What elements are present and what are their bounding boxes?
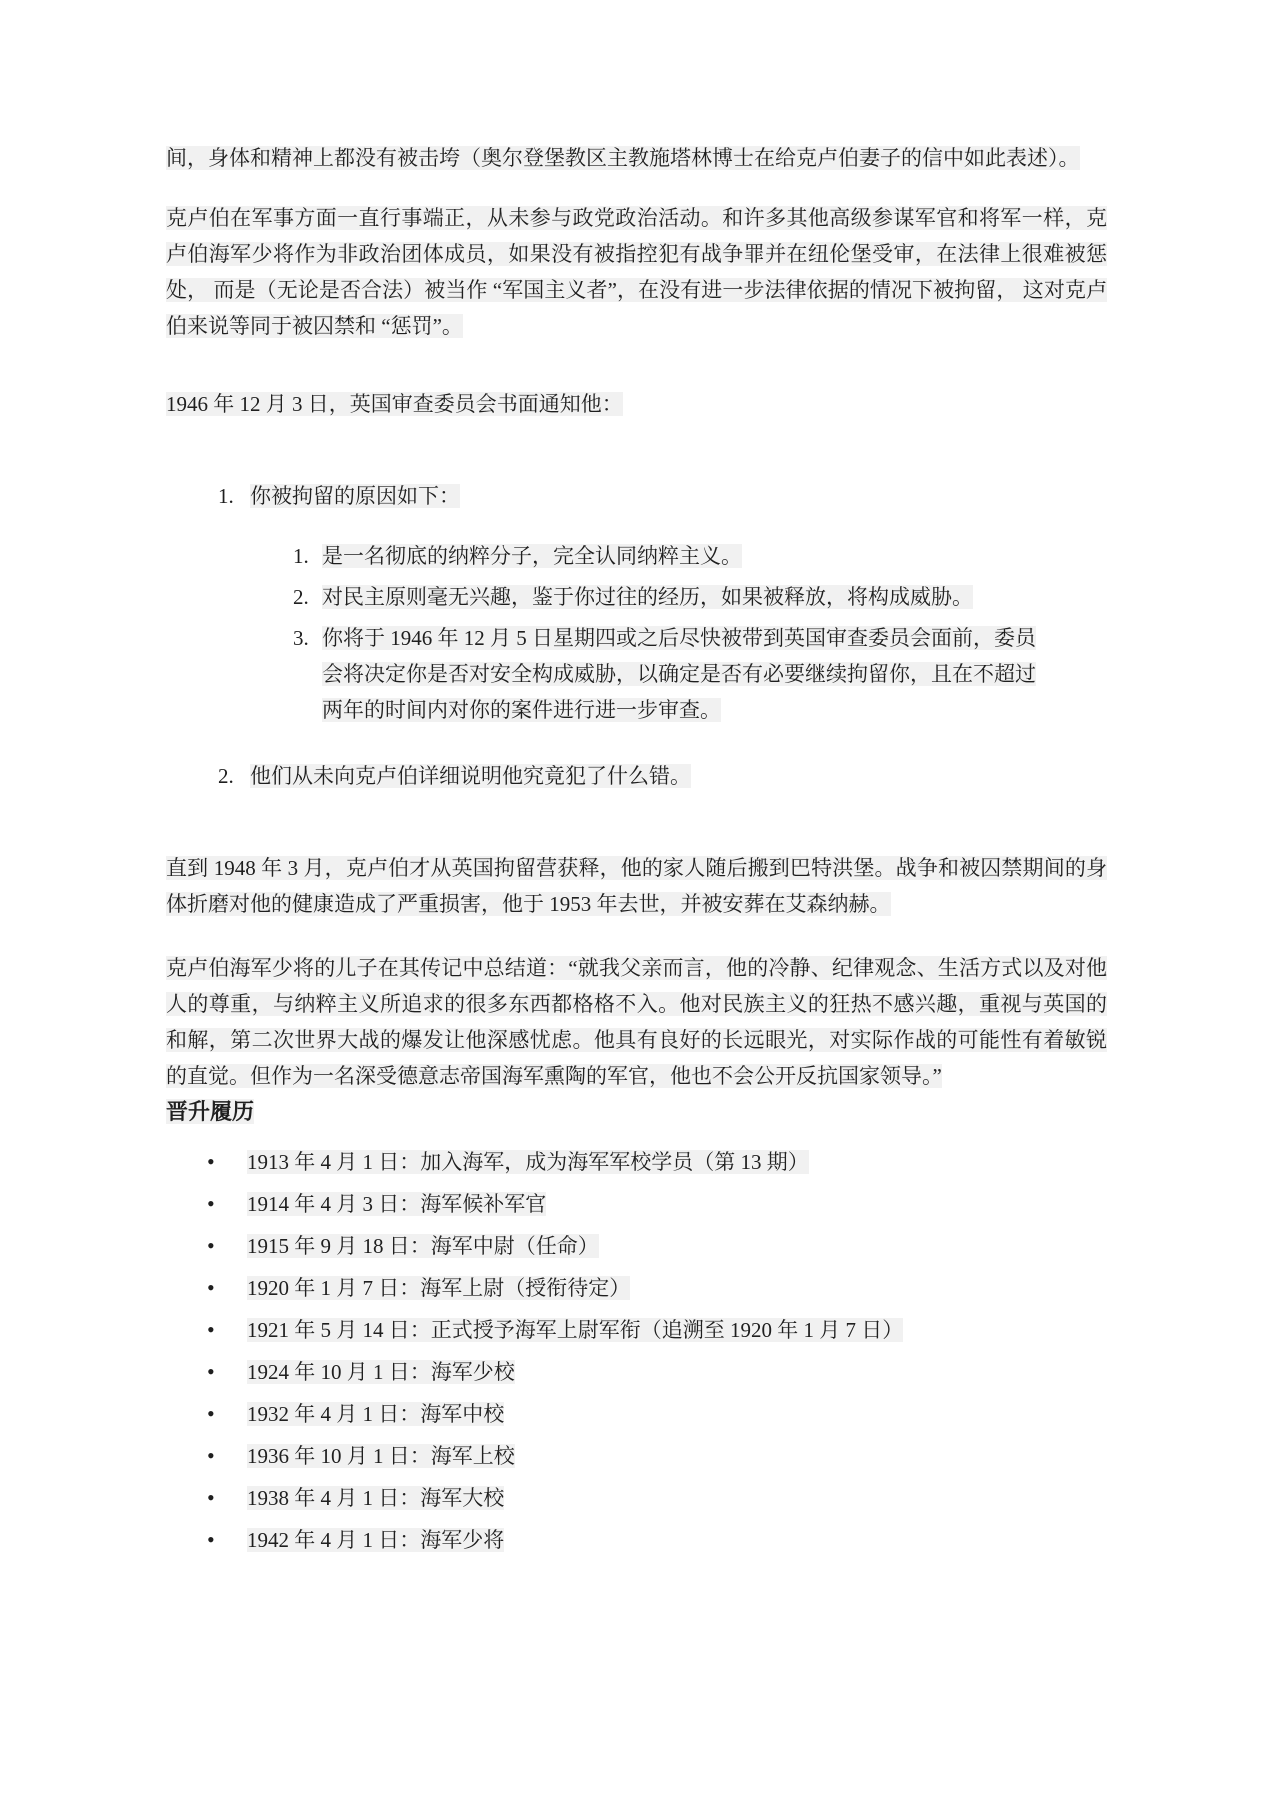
- promotion-item-8: • 1936 年 10 月 1 日：海军上校: [166, 1438, 1107, 1474]
- promotion-item-5: • 1921 年 5 月 14 日：正式授予海军上尉军衔（追溯至 1920 年 …: [166, 1312, 1107, 1348]
- paragraph-son-quote: 克卢伯海军少将的儿子在其传记中总结道：“就我父亲而言，他的冷静、纪律观念、生活方…: [166, 950, 1107, 1094]
- highlighted-text: 1913 年 4 月 1 日：加入海军，成为海军军校学员（第 13 期）: [247, 1150, 809, 1174]
- promotion-item-7: • 1932 年 4 月 1 日：海军中校: [166, 1396, 1107, 1432]
- highlighted-text: 1942 年 4 月 1 日：海军少将: [247, 1528, 504, 1552]
- highlighted-text: 间，身体和精神上都没有被击垮（奥尔登堡教区主教施塔林博士在给克卢伯妻子的信中如此…: [166, 146, 1080, 170]
- highlighted-text: 克卢伯在军事方面一直行事端正，从未参与政党政治活动。和许多其他高级参谋军官和将军…: [166, 206, 1107, 338]
- paragraph-military-conduct: 克卢伯在军事方面一直行事端正，从未参与政党政治活动。和许多其他高级参谋军官和将军…: [166, 200, 1107, 344]
- bullet-icon: •: [207, 1186, 247, 1222]
- sub-list-item-3: 3. 你将于 1946 年 12 月 5 日星期四或之后尽快被带到英国审查委员会…: [166, 620, 1107, 728]
- promotion-item-3: • 1915 年 9 月 18 日：海军中尉（任命）: [166, 1228, 1107, 1264]
- highlighted-text: 你将于 1946 年 12 月 5 日星期四或之后尽快被带到英国审查委员会面前，…: [322, 626, 1036, 722]
- list-number: 1.: [293, 538, 322, 574]
- promotion-bullet-list: • 1913 年 4 月 1 日：加入海军，成为海军军校学员（第 13 期） •…: [166, 1144, 1107, 1558]
- paragraph-continuation: 间，身体和精神上都没有被击垮（奥尔登堡教区主教施塔林博士在给克卢伯妻子的信中如此…: [166, 140, 1107, 176]
- list-item-text-wrap: 你被拘留的原因如下：: [250, 478, 1107, 514]
- document-page: 间，身体和精神上都没有被击垮（奥尔登堡教区主教施塔林博士在给克卢伯妻子的信中如此…: [0, 0, 1273, 1800]
- list-item-text-wrap: 是一名彻底的纳粹分子，完全认同纳粹主义。: [322, 538, 1047, 574]
- list-item-text-wrap: 1920 年 1 月 7 日：海军上尉（授衔待定）: [247, 1270, 1107, 1306]
- highlighted-text: 1914 年 4 月 3 日：海军候补军官: [247, 1192, 546, 1216]
- list-item-2: 2. 他们从未向克卢伯详细说明他究竟犯了什么错。: [166, 758, 1107, 794]
- highlighted-text: 1938 年 4 月 1 日：海军大校: [247, 1486, 504, 1510]
- list-item-text-wrap: 你将于 1946 年 12 月 5 日星期四或之后尽快被带到英国审查委员会面前，…: [322, 620, 1047, 728]
- highlighted-text: 1936 年 10 月 1 日：海军上校: [247, 1444, 515, 1468]
- bullet-icon: •: [207, 1480, 247, 1516]
- highlighted-text: 他们从未向克卢伯详细说明他究竟犯了什么错。: [250, 764, 691, 788]
- bullet-icon: •: [207, 1144, 247, 1180]
- highlighted-text: 直到 1948 年 3 月，克卢伯才从英国拘留营获释，他的家人随后搬到巴特洪堡。…: [166, 856, 1107, 916]
- list-item-text-wrap: 1938 年 4 月 1 日：海军大校: [247, 1480, 1107, 1516]
- list-number: 1.: [218, 478, 250, 514]
- promotion-item-10: • 1942 年 4 月 1 日：海军少将: [166, 1522, 1107, 1558]
- detention-ordered-list: 1. 你被拘留的原因如下： 1. 是一名彻底的纳粹分子，完全认同纳粹主义。 2.…: [166, 478, 1107, 794]
- promotion-history-heading: 晋升履历: [166, 1094, 1107, 1130]
- highlighted-text: 1921 年 5 月 14 日：正式授予海军上尉军衔（追溯至 1920 年 1 …: [247, 1318, 903, 1342]
- sub-list-item-1: 1. 是一名彻底的纳粹分子，完全认同纳粹主义。: [166, 538, 1107, 574]
- list-item-text-wrap: 1942 年 4 月 1 日：海军少将: [247, 1522, 1107, 1558]
- sub-list-item-2: 2. 对民主原则毫无兴趣，鉴于你过往的经历，如果被释放，将构成威胁。: [166, 579, 1107, 615]
- highlighted-text: 对民主原则毫无兴趣，鉴于你过往的经历，如果被释放，将构成威胁。: [322, 585, 973, 609]
- list-item-text-wrap: 对民主原则毫无兴趣，鉴于你过往的经历，如果被释放，将构成威胁。: [322, 579, 1047, 615]
- bullet-icon: •: [207, 1522, 247, 1558]
- highlighted-text: 克卢伯海军少将的儿子在其传记中总结道：“就我父亲而言，他的冷静、纪律观念、生活方…: [166, 956, 1107, 1088]
- promotion-item-2: • 1914 年 4 月 3 日：海军候补军官: [166, 1186, 1107, 1222]
- list-item-text-wrap: 1932 年 4 月 1 日：海军中校: [247, 1396, 1107, 1432]
- highlighted-text: 1924 年 10 月 1 日：海军少校: [247, 1360, 515, 1384]
- list-item-text-wrap: 1915 年 9 月 18 日：海军中尉（任命）: [247, 1228, 1107, 1264]
- highlighted-text: 1946 年 12 月 3 日，英国审查委员会书面通知他：: [166, 392, 623, 416]
- bullet-icon: •: [207, 1396, 247, 1432]
- list-item-text-wrap: 他们从未向克卢伯详细说明他究竟犯了什么错。: [250, 758, 1107, 794]
- list-item-text-wrap: 1914 年 4 月 3 日：海军候补军官: [247, 1186, 1107, 1222]
- promotion-item-9: • 1938 年 4 月 1 日：海军大校: [166, 1480, 1107, 1516]
- highlighted-text: 是一名彻底的纳粹分子，完全认同纳粹主义。: [322, 544, 742, 568]
- highlighted-text: 1920 年 1 月 7 日：海军上尉（授衔待定）: [247, 1276, 630, 1300]
- paragraph-notice-intro: 1946 年 12 月 3 日，英国审查委员会书面通知他：: [166, 386, 1107, 422]
- list-item-text-wrap: 1913 年 4 月 1 日：加入海军，成为海军军校学员（第 13 期）: [247, 1144, 1107, 1180]
- list-number: 2.: [293, 579, 322, 615]
- promotion-item-1: • 1913 年 4 月 1 日：加入海军，成为海军军校学员（第 13 期）: [166, 1144, 1107, 1180]
- list-item-1: 1. 你被拘留的原因如下：: [166, 478, 1107, 514]
- paragraph-release: 直到 1948 年 3 月，克卢伯才从英国拘留营获释，他的家人随后搬到巴特洪堡。…: [166, 850, 1107, 922]
- bullet-icon: •: [207, 1312, 247, 1348]
- bullet-icon: •: [207, 1228, 247, 1264]
- list-number: 3.: [293, 620, 322, 656]
- promotion-item-6: • 1924 年 10 月 1 日：海军少校: [166, 1354, 1107, 1390]
- list-item-text-wrap: 1924 年 10 月 1 日：海军少校: [247, 1354, 1107, 1390]
- highlighted-text: 你被拘留的原因如下：: [250, 484, 460, 508]
- list-item-text-wrap: 1936 年 10 月 1 日：海军上校: [247, 1438, 1107, 1474]
- promotion-item-4: • 1920 年 1 月 7 日：海军上尉（授衔待定）: [166, 1270, 1107, 1306]
- list-item-text-wrap: 1921 年 5 月 14 日：正式授予海军上尉军衔（追溯至 1920 年 1 …: [247, 1312, 1107, 1348]
- bullet-icon: •: [207, 1354, 247, 1390]
- highlighted-text: 1915 年 9 月 18 日：海军中尉（任命）: [247, 1234, 599, 1258]
- highlighted-text: 晋升履历: [166, 1099, 254, 1124]
- highlighted-text: 1932 年 4 月 1 日：海军中校: [247, 1402, 504, 1426]
- list-number: 2.: [218, 758, 250, 794]
- bullet-icon: •: [207, 1270, 247, 1306]
- bullet-icon: •: [207, 1438, 247, 1474]
